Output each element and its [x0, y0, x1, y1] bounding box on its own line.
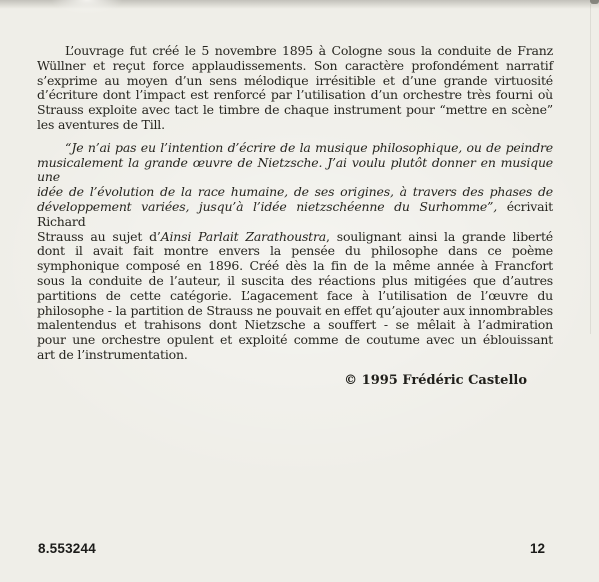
text-line: sous la conduite de l’auteur, il suscita… [37, 274, 553, 289]
copyright-line: © 1995 Frédéric Castello [37, 374, 553, 389]
text-line: “Je n’ai pas eu l’intention d’écrire de … [37, 141, 553, 156]
text-line: idée de l’évolution de la race humaine, … [37, 185, 553, 200]
text-line: les aventures de Till. [37, 118, 553, 133]
text-line: dont il avait fait montre envers la pens… [37, 244, 553, 259]
text-line: malentendus et trahisons dont Nietzsche … [37, 318, 553, 333]
text-line: d’écriture dont l’impact est renforcé pa… [37, 88, 553, 103]
text-line: symphonique composé en 1896. Créé dès la… [37, 259, 553, 274]
text-line: pour une orchestre opulent et exploité c… [37, 333, 553, 348]
catalog-number: 8.553244 [38, 541, 96, 556]
page-number: 12 [530, 541, 545, 556]
text-line: L’ouvrage fut créé le 5 novembre 1895 à … [37, 44, 553, 59]
text-line: Strauss exploite avec tact le timbre de … [37, 103, 553, 118]
paragraph-premiere: L’ouvrage fut créé le 5 novembre 1895 à … [37, 44, 553, 133]
liner-notes-text-block: L’ouvrage fut créé le 5 novembre 1895 à … [37, 44, 553, 389]
text-line: Strauss au sujet d’Ainsi Parlait Zaratho… [37, 230, 553, 245]
booklet-page: L’ouvrage fut créé le 5 novembre 1895 à … [0, 0, 599, 582]
text-line: art de l’instrumentation. [37, 348, 553, 363]
text-line: développement variées, jusqu’à l’idée ni… [37, 200, 553, 230]
scan-artifact-page-edge [590, 4, 591, 334]
text-segment: Strauss au sujet d’ [37, 229, 161, 244]
text-line: philosophe - la partition de Strauss ne … [37, 304, 553, 319]
text-line: Wüllner et reçut force applaudissements.… [37, 59, 553, 74]
text-line: musicalement la grande œuvre de Nietzsch… [37, 156, 553, 186]
text-segment: , soulignant ainsi la grande liberté [326, 229, 553, 244]
scan-artifact-top-notch [52, 0, 122, 14]
paragraph-strauss-quote: “Je n’ai pas eu l’intention d’écrire de … [37, 141, 553, 363]
work-title-segment: Ainsi Parlait Zarathoustra [161, 229, 326, 244]
quote-text-segment: développement variées, jusqu’à l’idée ni… [37, 199, 507, 214]
scan-artifact-corner-speck [590, 0, 599, 4]
text-line: partitions de cette catégorie. L’agaceme… [37, 289, 553, 304]
text-line: s’exprime au moyen d’un sens mélodique i… [37, 74, 553, 89]
